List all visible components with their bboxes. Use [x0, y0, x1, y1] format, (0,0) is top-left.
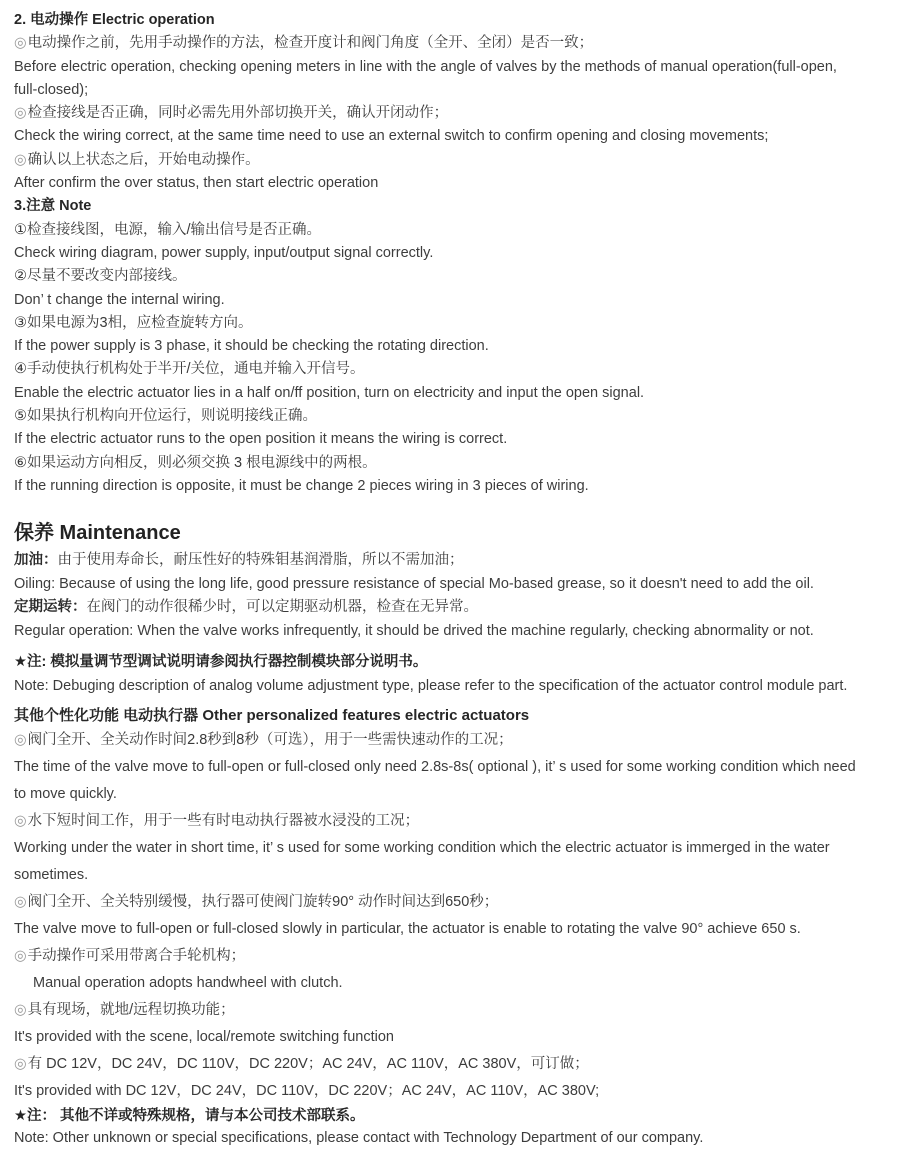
text-line: Regular operation: When the valve works …: [14, 620, 909, 644]
manual-page: 2. 电动操作 Electric operation ◎电动操作之前，先用手动操…: [0, 0, 921, 1149]
text-line: sometimes.: [14, 862, 909, 889]
other-features-star-note-zh: ★注： 其他不详或特殊规格，请与本公司技术部联系。: [14, 1105, 909, 1127]
text-line: ④手动使执行机构处于半开/关位，通电并输入开信号。: [14, 358, 909, 381]
ring-bullet-icon: ◎: [14, 105, 27, 121]
text-line: ◎确认以上状态之后，开始电动操作。: [14, 149, 909, 172]
text-line: ◎具有现场，就地/远程切换功能；: [14, 997, 909, 1024]
ring-bullet-icon: ◎: [14, 732, 27, 748]
section-other-features: 其他个性化功能 电动执行器 Other personalized feature…: [14, 704, 909, 1149]
text-line: ◎水下短时间工作，用于一些有时电动执行器被水浸没的工况；: [14, 808, 909, 835]
text-line: 定期运转：在阀门的动作很稀少时，可以定期驱动机器，检查在无异常。: [14, 596, 909, 620]
ring-bullet-icon: ◎: [14, 813, 27, 829]
maintenance-title: 保养 Maintenance: [14, 520, 909, 546]
other-features-lines: ◎阀门全开、全关动作时间2.8秒到8秒（可选），用于一些需快速动作的工况；The…: [14, 727, 909, 1105]
ring-bullet-icon: ◎: [14, 152, 27, 168]
text-line: ◎检查接线是否正确，同时必需先用外部切换开关，确认开闭动作；: [14, 102, 909, 125]
section-maintenance: 保养 Maintenance 加油：由于使用寿命长，耐压性好的特殊钼基润滑脂，所…: [14, 520, 909, 698]
ring-bullet-icon: ◎: [14, 35, 27, 51]
text-line: to move quickly.: [14, 781, 909, 808]
text-line: Oiling: Because of using the long life, …: [14, 573, 909, 597]
text-line: The time of the valve move to full-open …: [14, 754, 909, 781]
note-heading: 3.注意 Note: [14, 195, 909, 218]
line-label: 加油：: [14, 552, 58, 568]
text-line: ②尽量不要改变内部接线。: [14, 265, 909, 288]
text-line: full-closed);: [14, 79, 909, 102]
ring-bullet-icon: ◎: [14, 948, 27, 964]
text-line: ③如果电源为3相，应检查旋转方向。: [14, 312, 909, 335]
section-electric-operation: 2. 电动操作 Electric operation ◎电动操作之前，先用手动操…: [14, 9, 909, 498]
maintenance-star-note-en: Note: Debuging description of analog vol…: [14, 675, 909, 698]
maintenance-lines: 加油：由于使用寿命长，耐压性好的特殊钼基润滑脂，所以不需加油；Oiling: B…: [14, 549, 909, 643]
ring-bullet-icon: ◎: [14, 1056, 27, 1072]
other-features-heading: 其他个性化功能 电动执行器 Other personalized feature…: [14, 704, 909, 727]
text-line: Check wiring diagram, power supply, inpu…: [14, 242, 909, 265]
text-line: Don’ t change the internal wiring.: [14, 289, 909, 312]
text-line: ◎有 DC 12V，DC 24V，DC 110V，DC 220V；AC 24V，…: [14, 1051, 909, 1078]
line-label: 定期运转：: [14, 599, 87, 615]
text-line: Check the wiring correct, at the same ti…: [14, 125, 909, 148]
text-line: ◎阀门全开、全关动作时间2.8秒到8秒（可选），用于一些需快速动作的工况；: [14, 727, 909, 754]
electric-operation-lines: ◎电动操作之前，先用手动操作的方法，检查开度计和阀门角度（全开、全闭）是否一致；…: [14, 32, 909, 195]
text-line: Enable the electric actuator lies in a h…: [14, 382, 909, 405]
text-line: ⑤如果执行机构向开位运行，则说明接线正确。: [14, 405, 909, 428]
ring-bullet-icon: ◎: [14, 1002, 27, 1018]
text-line: If the electric actuator runs to the ope…: [14, 428, 909, 451]
text-line: 加油：由于使用寿命长，耐压性好的特殊钼基润滑脂，所以不需加油；: [14, 549, 909, 573]
electric-operation-heading: 2. 电动操作 Electric operation: [14, 9, 909, 32]
text-line: Working under the water in short time, i…: [14, 835, 909, 862]
text-line: Manual operation adopts handwheel with c…: [14, 970, 909, 997]
text-line: If the power supply is 3 phase, it shoul…: [14, 335, 909, 358]
text-line: Before electric operation, checking open…: [14, 56, 909, 79]
text-line: After confirm the over status, then star…: [14, 172, 909, 195]
text-line: ⑥如果运动方向相反，则必须交换 3 根电源线中的两根。: [14, 452, 909, 475]
text-line: ◎电动操作之前，先用手动操作的方法，检查开度计和阀门角度（全开、全闭）是否一致；: [14, 32, 909, 55]
text-line: If the running direction is opposite, it…: [14, 475, 909, 498]
text-line: ◎阀门全开、全关特别缓慢，执行器可使阀门旋转90° 动作时间达到650秒；: [14, 889, 909, 916]
text-line: It's provided with DC 12V，DC 24V，DC 110V…: [14, 1078, 909, 1105]
text-line: ◎手动操作可采用带离合手轮机构；: [14, 943, 909, 970]
text-line: The valve move to full-open or full-clos…: [14, 916, 909, 943]
text-line: It's provided with the scene, local/remo…: [14, 1024, 909, 1051]
text-line: ①检查接线图，电源，输入/输出信号是否正确。: [14, 219, 909, 242]
other-features-star-note-en: Note: Other unknown or special specifica…: [14, 1127, 909, 1149]
note-lines: ①检查接线图，电源，输入/输出信号是否正确。Check wiring diagr…: [14, 219, 909, 499]
ring-bullet-icon: ◎: [14, 894, 27, 910]
maintenance-star-note-zh: ★注: 模拟量调节型调试说明请参阅执行器控制模块部分说明书。: [14, 651, 909, 674]
